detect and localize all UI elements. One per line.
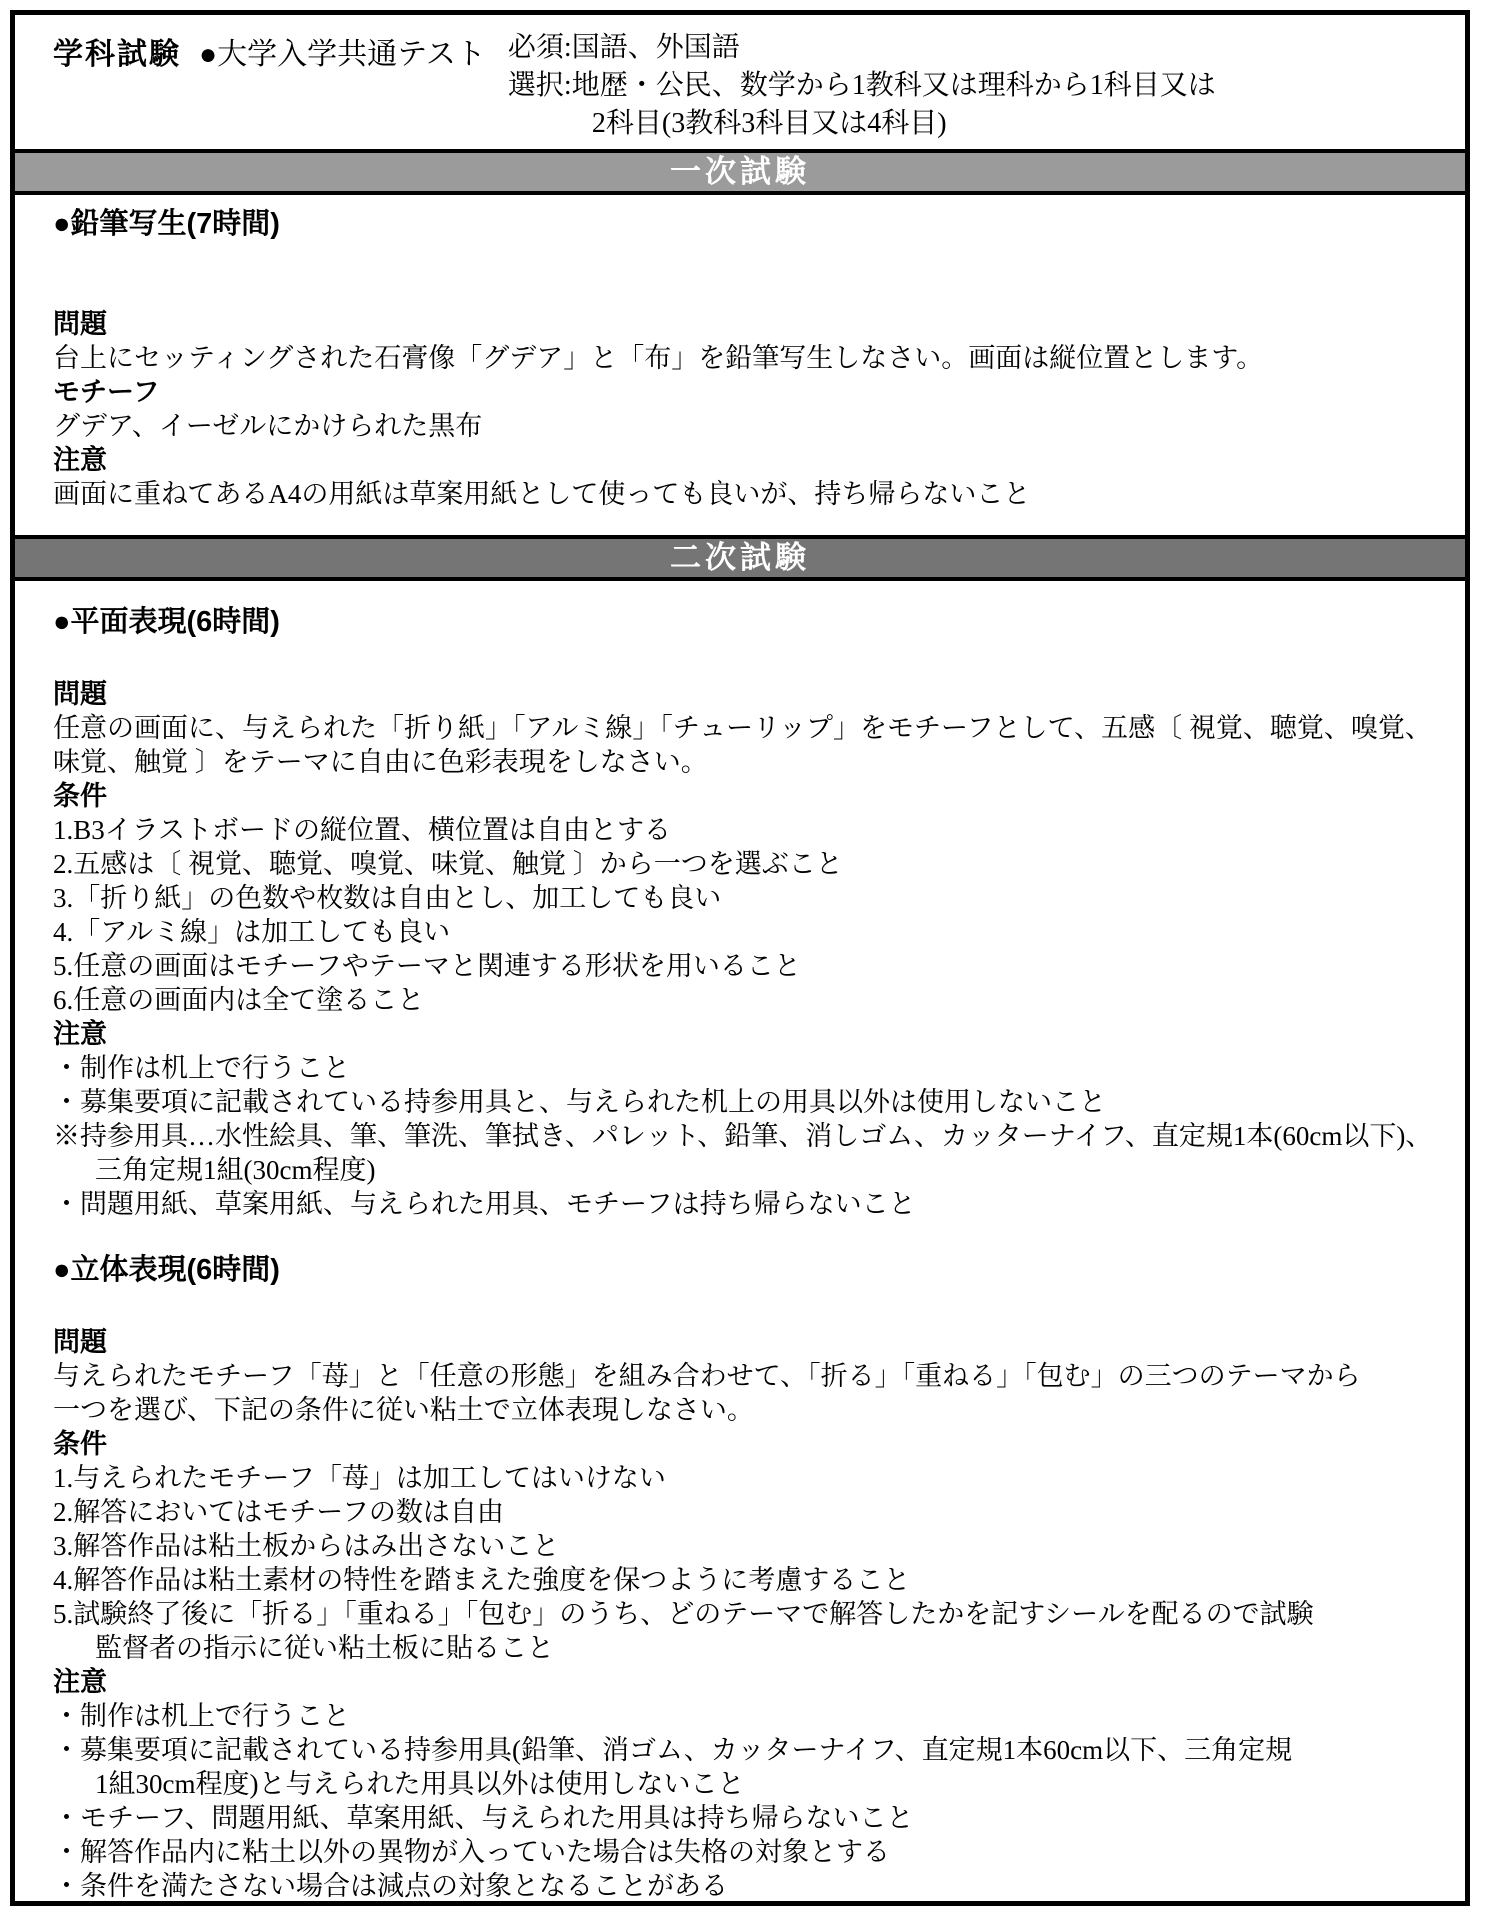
note-line: ・制作は机上で行うこと	[53, 1699, 1439, 1733]
note-line: ・問題用紙、草案用紙、与えられた用具、モチーフは持ち帰らないこと	[53, 1187, 1439, 1221]
problem-heading: 問題	[53, 1325, 1439, 1359]
academic-exam-title: 学科試験 ●大学入学共通テスト	[53, 29, 486, 73]
note-heading: 注意	[53, 1665, 1439, 1699]
flat-expression-section-title: ●平面表現(6時間)	[53, 603, 1439, 641]
subject-requirements: 必須:国語、外国語 選択:地歴・公民、数学から1教科又は理科から1科目又は 2科…	[508, 29, 1216, 143]
pencil-sketch-section-title: ●鉛筆写生(7時間)	[53, 205, 1439, 243]
problem-text-line: 一つを選び、下記の条件に従い粘土で立体表現しなさい。	[53, 1393, 1439, 1427]
problem-heading: 問題	[53, 307, 1439, 341]
note-text-line: 画面に重ねてあるA4の用紙は草案用紙として使っても良いが、持ち帰らないこと	[53, 477, 1439, 511]
condition-line: 3.「折り紙」の色数や枚数は自由とし、加工しても良い	[53, 881, 1439, 915]
condition-line: 5.任意の画面はモチーフやテーマと関連する形状を用いること	[53, 949, 1439, 983]
problem-text-line: 味覚、触覚 〕をテーマに自由に色彩表現をしなさい。	[53, 745, 1439, 779]
condition-line: 6.任意の画面内は全て塗ること	[53, 983, 1439, 1017]
motif-heading: モチーフ	[53, 375, 1439, 409]
note-line: ※持参用具…水性絵具、筆、筆洗、筆拭き、パレット、鉛筆、消しゴム、カッターナイフ…	[53, 1119, 1439, 1153]
condition-line: 4.解答作品は粘土素材の特性を踏まえた強度を保つように考慮すること	[53, 1563, 1439, 1597]
condition-line: 1.B3イラストボードの縦位置、横位置は自由とする	[53, 813, 1439, 847]
note-line: ・募集要項に記載されている持参用具(鉛筆、消ゴム、カッターナイフ、直定規1本60…	[53, 1733, 1439, 1767]
academic-exam-label: 学科試験	[53, 38, 181, 71]
condition-line: 2.解答においてはモチーフの数は自由	[53, 1495, 1439, 1529]
problem-text-line: 与えられたモチーフ「苺」と「任意の形態」を組み合わせて、「折る」「重ねる」「包む…	[53, 1359, 1439, 1393]
note-line: ・条件を満たさない場合は減点の対象となることがある	[53, 1869, 1439, 1903]
second-exam-band: 二次試験	[15, 535, 1465, 581]
pencil-sketch-section: ●鉛筆写生(7時間) 問題 台上にセッティングされた石膏像「グデア」と「布」を鉛…	[15, 195, 1465, 535]
condition-line-continuation: 監督者の指示に従い粘土板に貼ること	[53, 1631, 1439, 1665]
flat-expression-section: ●平面表現(6時間) 問題 任意の画面に、与えられた「折り紙」「アルミ線」「チュ…	[15, 581, 1465, 1221]
note-line: ・制作は机上で行うこと	[53, 1051, 1439, 1085]
elective-subjects-line: 選択:地歴・公民、数学から1教科又は理科から1科目又は	[508, 67, 1216, 105]
note-line: ・解答作品内に粘土以外の異物が入っていた場合は失格の対象とする	[53, 1835, 1439, 1869]
conditions-heading: 条件	[53, 1427, 1439, 1461]
academic-exam-row: 学科試験 ●大学入学共通テスト 必須:国語、外国語 選択:地歴・公民、数学から1…	[15, 15, 1465, 149]
first-exam-band: 一次試験	[15, 149, 1465, 195]
problem-text-line: 任意の画面に、与えられた「折り紙」「アルミ線」「チューリップ」をモチーフとして、…	[53, 711, 1439, 745]
note-line: ・モチーフ、問題用紙、草案用紙、与えられた用具は持ち帰らないこと	[53, 1801, 1439, 1835]
solid-expression-section: ●立体表現(6時間) 問題 与えられたモチーフ「苺」と「任意の形態」を組み合わせ…	[15, 1221, 1465, 1903]
note-line-continuation: 1組30cm程度)と与えられた用具以外は使用しないこと	[53, 1767, 1439, 1801]
note-line: ・募集要項に記載されている持参用具と、与えられた机上の用具以外は使用しないこと	[53, 1085, 1439, 1119]
conditions-heading: 条件	[53, 779, 1439, 813]
problem-text-line: 台上にセッティングされた石膏像「グデア」と「布」を鉛筆写生しなさい。画面は縦位置…	[53, 341, 1439, 375]
motif-text-line: グデア、イーゼルにかけられた黒布	[53, 409, 1439, 443]
required-subjects-line: 必須:国語、外国語	[508, 29, 1216, 67]
condition-line: 2.五感は〔 視覚、聴覚、嗅覚、味覚、触覚 〕から一つを選ぶこと	[53, 847, 1439, 881]
problem-heading: 問題	[53, 677, 1439, 711]
condition-line: 4.「アルミ線」は加工しても良い	[53, 915, 1439, 949]
condition-line: 1.与えられたモチーフ「苺」は加工してはいけない	[53, 1461, 1439, 1495]
solid-expression-section-title: ●立体表現(6時間)	[53, 1251, 1439, 1289]
note-line-continuation: 三角定規1組(30cm程度)	[53, 1153, 1439, 1187]
condition-line: 3.解答作品は粘土板からはみ出さないこと	[53, 1529, 1439, 1563]
elective-subjects-line2: 2科目(3教科3科目又は4科目)	[508, 105, 1216, 143]
condition-line: 5.試験終了後に「折る」「重ねる」「包む」のうち、どのテーマで解答したかを記すシ…	[53, 1597, 1439, 1631]
note-heading: 注意	[53, 443, 1439, 477]
note-heading: 注意	[53, 1017, 1439, 1051]
document-frame: 学科試験 ●大学入学共通テスト 必須:国語、外国語 選択:地歴・公民、数学から1…	[10, 10, 1470, 1906]
common-test-name: ●大学入学共通テスト	[199, 38, 486, 71]
